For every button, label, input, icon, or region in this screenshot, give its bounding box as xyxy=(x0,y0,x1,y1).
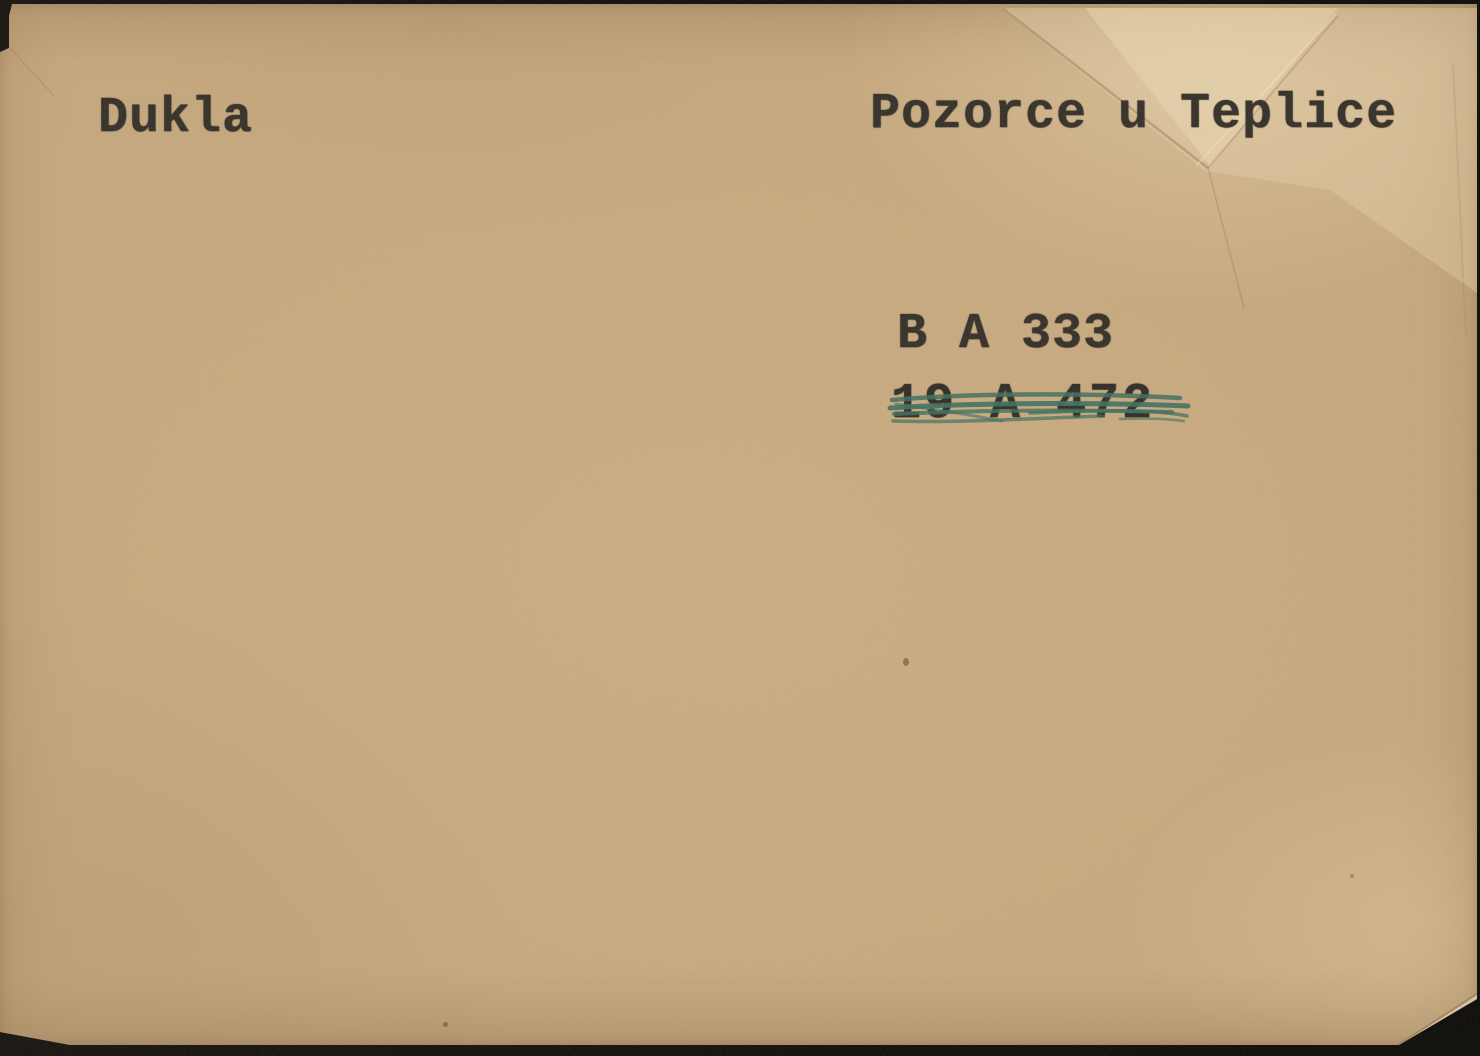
paper-creases-and-folds xyxy=(0,8,1477,1049)
scanner-background: Dukla Pozorce u Teplice B A 333 19 A 472 xyxy=(0,0,1480,1056)
index-card: Dukla Pozorce u Teplice B A 333 19 A 472 xyxy=(0,4,1477,1045)
catalog-number-crossed-out: 19 A 472 xyxy=(891,380,1155,430)
place-name-right: Pozorce u Teplice xyxy=(870,90,1397,140)
catalog-number-current: B A 333 xyxy=(897,310,1114,360)
place-name-left: Dukla xyxy=(98,94,253,144)
paper-speck xyxy=(1350,874,1354,878)
paper-speck xyxy=(903,658,909,666)
paper-speck xyxy=(443,1022,448,1027)
